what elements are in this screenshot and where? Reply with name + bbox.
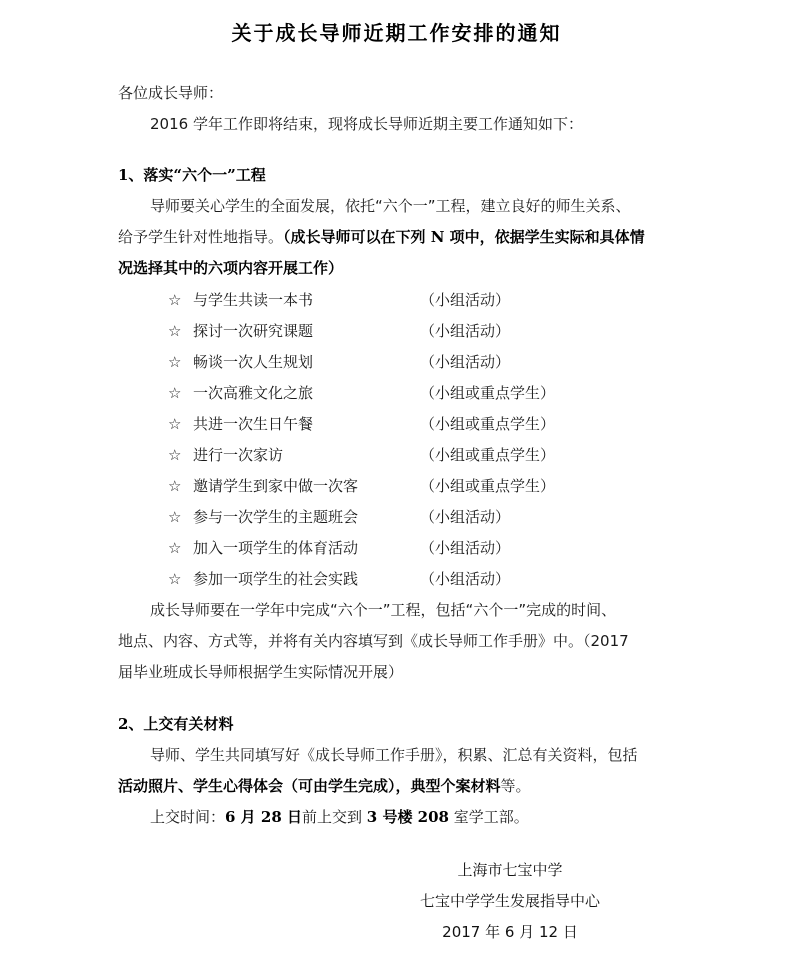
section-2-heading: 2、上交有关材料 (118, 714, 233, 734)
star-icon: ☆ (168, 384, 181, 402)
list-item-label: 参加一项学生的社会实践 (193, 569, 358, 589)
list-item-scope: （小组或重点学生） (420, 383, 555, 403)
list-item-scope: （小组活动） (420, 538, 510, 558)
materials-bold: 活动照片、学生心得体会（可由学生完成），典型个案材料 (118, 777, 501, 795)
deadline-date: 6 月 28 日 (225, 808, 302, 826)
section-2-para-1-line-1: 导师、学生共同填写好《成长导师工作手册》，积累、汇总有关资料，包括 (150, 745, 638, 765)
star-icon: ☆ (168, 291, 181, 309)
section-1-para-2-line-3: 届毕业班成长导师根据学生实际情况开展） (118, 662, 403, 682)
list-item-scope: （小组活动） (420, 290, 510, 310)
list-item: ☆ (168, 383, 181, 403)
list-item-scope: （小组或重点学生） (420, 414, 555, 434)
list-item: ☆ (168, 290, 181, 310)
para-text: 给予学生针对性地指导。 (118, 228, 283, 246)
signature-department: 七宝中学学生发展指导中心 (380, 891, 640, 911)
section-1-para-1-line-3: 况选择其中的六项内容开展工作） (118, 258, 343, 278)
signature-date: 2017 年 6 月 12 日 (380, 922, 640, 942)
list-item-label: 邀请学生到家中做一次客 (193, 476, 358, 496)
star-icon: ☆ (168, 570, 181, 588)
deadline-mid: 前上交到 (302, 808, 367, 826)
list-item-label: 探讨一次研究课题 (193, 321, 313, 341)
materials-suffix: 等。 (501, 777, 531, 795)
list-item-label: 一次高雅文化之旅 (193, 383, 313, 403)
star-icon: ☆ (168, 477, 181, 495)
list-item: ☆ (168, 507, 181, 527)
document-title: 关于成长导师近期工作安排的通知 (0, 17, 793, 46)
section-1-para-1-line-1: 导师要关心学生的全面发展，依托“六个一”工程，建立良好的师生关系、 (150, 196, 631, 216)
signature-school: 上海市七宝中学 (380, 860, 640, 880)
list-item-scope: （小组活动） (420, 321, 510, 341)
list-item-scope: （小组或重点学生） (420, 445, 555, 465)
list-item: ☆ (168, 476, 181, 496)
star-icon: ☆ (168, 539, 181, 557)
list-item-scope: （小组活动） (420, 352, 510, 372)
salutation: 各位成长导师： (118, 83, 223, 103)
section-2-para-1-line-2: 活动照片、学生心得体会（可由学生完成），典型个案材料等。 (118, 776, 531, 796)
list-item: ☆ (168, 569, 181, 589)
list-item: ☆ (168, 352, 181, 372)
list-item-label: 畅谈一次人生规划 (193, 352, 313, 372)
list-item-scope: （小组或重点学生） (420, 476, 555, 496)
star-icon: ☆ (168, 446, 181, 464)
star-icon: ☆ (168, 353, 181, 371)
list-item: ☆ (168, 321, 181, 341)
list-item: ☆ (168, 445, 181, 465)
list-item-label: 进行一次家访 (193, 445, 283, 465)
list-item-scope: （小组活动） (420, 569, 510, 589)
list-item-scope: （小组活动） (420, 507, 510, 527)
deadline-prefix: 上交时间： (150, 808, 225, 826)
star-icon: ☆ (168, 415, 181, 433)
deadline-room: 3 号楼 208 (367, 808, 449, 826)
star-icon: ☆ (168, 508, 181, 526)
deadline-suffix: 室学工部。 (449, 808, 529, 826)
list-item: ☆ (168, 414, 181, 434)
para-bold-note: （成长导师可以在下列 N 项中，依据学生实际和具体情 (283, 228, 645, 246)
list-item-label: 共进一次生日午餐 (193, 414, 313, 434)
submission-deadline: 上交时间：6 月 28 日前上交到 3 号楼 208 室学工部。 (150, 807, 529, 827)
intro-paragraph: 2016 学年工作即将结束，现将成长导师近期主要工作通知如下： (150, 114, 583, 134)
section-1-heading: 1、落实“六个一”工程 (118, 165, 266, 185)
section-1-para-1-line-2: 给予学生针对性地指导。（成长导师可以在下列 N 项中，依据学生实际和具体情 (118, 227, 645, 247)
star-icon: ☆ (168, 322, 181, 340)
list-item-label: 参与一次学生的主题班会 (193, 507, 358, 527)
section-1-para-2-line-1: 成长导师要在一学年中完成“六个一”工程，包括“六个一”完成的时间、 (150, 600, 616, 620)
list-item-label: 加入一项学生的体育活动 (193, 538, 358, 558)
list-item-label: 与学生共读一本书 (193, 290, 313, 310)
list-item: ☆ (168, 538, 181, 558)
section-1-para-2-line-2: 地点、内容、方式等，并将有关内容填写到《成长导师工作手册》中。（2017 (118, 631, 629, 651)
